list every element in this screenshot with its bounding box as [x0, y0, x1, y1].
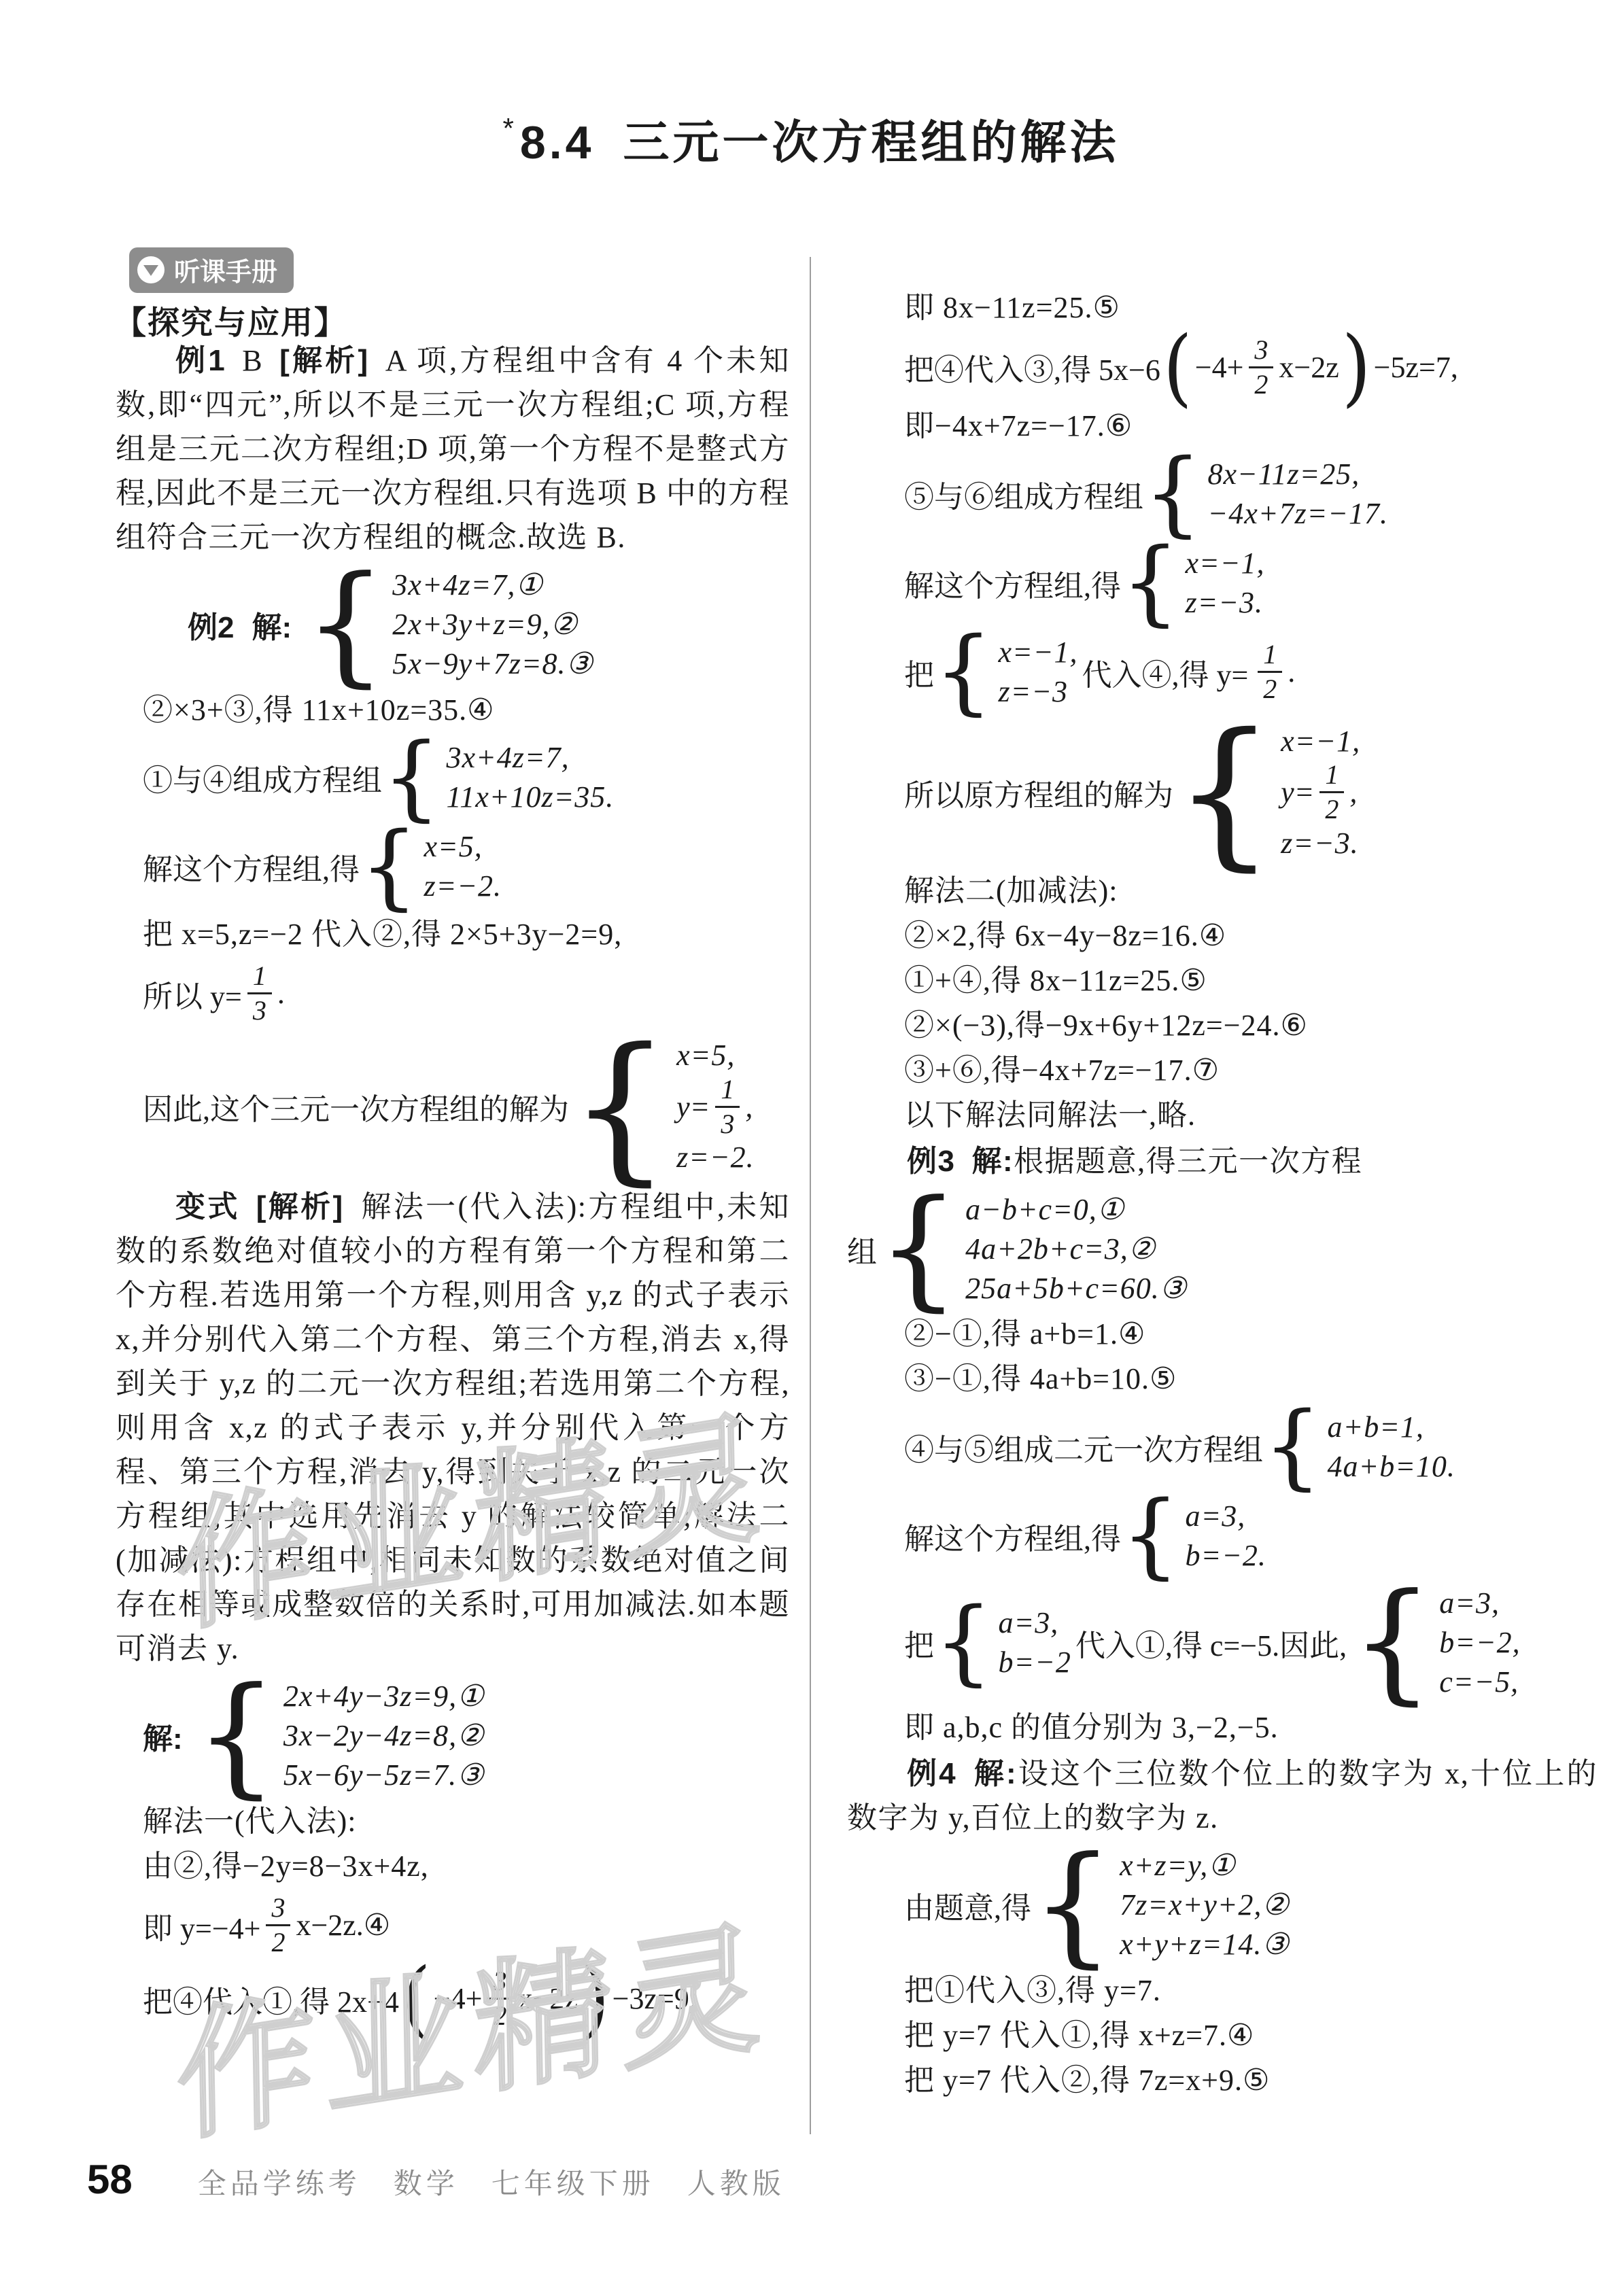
equation: a+b=1, — [1328, 1408, 1455, 1447]
equation: 5x−9y+7z=8.③ — [392, 644, 593, 684]
equation: x+y+z=14.③ — [1120, 1925, 1290, 1964]
example2-label: 例2 — [188, 603, 234, 646]
example1-paragraph: 例1B[解析]A 项,方程组中含有 4 个未知数,即“四元”,所以不是三元一次方… — [116, 338, 790, 559]
brace: { — [1121, 540, 1180, 625]
equation: 3x+4z=7, — [447, 738, 615, 778]
page-number: 58 — [87, 2156, 133, 2203]
system-pre: 因此,这个三元一次方程组的解为 — [143, 1085, 569, 1128]
fraction: 13 — [247, 961, 272, 1026]
step-line: ③+⑥,得−4x+7z=−17.⑦ — [904, 1049, 1598, 1092]
listening-handbook-badge: 听课手册 — [129, 247, 294, 293]
step-line: 以下解法同解法一,略. — [904, 1094, 1598, 1136]
step-line: 把①代入③,得 y=7. — [904, 1970, 1598, 2012]
page-title-wrap: *8.4三元一次方程组的解法 — [0, 106, 1622, 172]
fraction: 32 — [487, 1966, 512, 2031]
analysis-tag: [解析] — [256, 1190, 344, 1223]
system-pre: 由题意,得 — [904, 1883, 1031, 1927]
line-text: . — [1288, 655, 1295, 689]
solve-label: 解: — [143, 1714, 183, 1758]
example4-body: 设这个三位数个位上的数字为 x,十位上的数字为 y,百位上的数字为 z. — [847, 1757, 1598, 1834]
system-pre: 解这个方程组,得 — [143, 845, 360, 888]
substitution-line: 把④代入③,得 5x−6 ( −4+ 32 x−2z ) −5z=7, — [904, 332, 1598, 402]
line-text: 即 y=−4+ — [143, 1904, 260, 1947]
example3-equation-system: 组 { a−b+c=0,① 4a+2b+c=3,② 25a+5b+c=60.③ — [847, 1189, 1598, 1309]
system-pre: ④与⑤组成二元一次方程组 — [904, 1425, 1263, 1469]
equation: z=−3 — [999, 672, 1078, 712]
variation-body: 解法一(代入法):方程组中,未知数的系数绝对值较小的方程有第一个方程和第二个方程… — [116, 1190, 790, 1665]
brace: { — [382, 735, 441, 820]
brace: { — [1031, 1845, 1114, 1966]
equation: 2x+4y−3z=9,① — [283, 1677, 485, 1716]
substitution-line: 把④代入①,得 2x+4 ( −4+ 32 x−2z ) −3z=9, — [143, 1964, 790, 2034]
asterisk-mark: * — [503, 112, 517, 144]
system-pre: ①与④组成方程组 — [143, 756, 382, 799]
equation: 11x+10z=35. — [447, 778, 615, 817]
brace: { — [1173, 718, 1275, 866]
brace: { — [1351, 1582, 1434, 1703]
equation: 5x−6y−5z=7.③ — [283, 1756, 485, 1795]
equation: 4a+b=10. — [1328, 1447, 1455, 1486]
line-text: −3z=9, — [612, 1981, 697, 2016]
line-text: x−2z — [517, 1981, 577, 2016]
system-pre: 解这个方程组,得 — [904, 561, 1121, 605]
example4-label: 例4 — [907, 1757, 956, 1790]
system-pre: 解这个方程组,得 — [904, 1514, 1121, 1558]
equation: 3x−2y−4z=8,② — [283, 1716, 485, 1756]
step-line: ①+④,得 8x−11z=25.⑤ — [904, 960, 1598, 1002]
equation: z=−3. — [1186, 583, 1265, 623]
system-pre: 把 — [904, 650, 934, 694]
equation: z=−2. — [676, 1138, 755, 1177]
equation: a=3, — [1186, 1497, 1266, 1536]
equation: x=−1, — [999, 633, 1078, 672]
example1-answer: B — [242, 344, 263, 377]
badge-label: 听课手册 — [174, 251, 277, 288]
step-line: 把 x=5,z=−2 代入②,得 2×5+3y−2=9, — [143, 914, 790, 956]
step-line: ②×(−3),得−9x+6y+12z=−24.⑥ — [904, 1005, 1598, 1047]
system-pre: 组 — [847, 1228, 877, 1271]
equation: z=−2. — [424, 867, 502, 906]
step-line: 把 y=7 代入②,得 7z=x+9.⑤ — [904, 2059, 1598, 2102]
brace: { — [934, 1600, 993, 1685]
equation-system: ④与⑤组成二元一次方程组 { a+b=1, 4a+b=10. — [904, 1404, 1598, 1489]
line-text: −4+ — [1195, 350, 1244, 385]
step-line: ②×2,得 6x−4y−8z=16.④ — [904, 915, 1598, 957]
equation: x=5, — [676, 1036, 755, 1075]
equation: 8x−11z=25, — [1208, 455, 1388, 494]
brace: { — [1263, 1404, 1322, 1489]
equation: b=−2, — [1439, 1623, 1520, 1663]
line-text: . — [277, 976, 285, 1011]
equation: b=−2. — [1186, 1536, 1266, 1576]
variation-paragraph: 变式[解析]解法一(代入法):方程组中,未知数的系数绝对值较小的方程有第一个方程… — [116, 1185, 790, 1671]
example2-equation-system: 例2解: { 3x+4z=7,① 2x+3y+z=9,② 5x−9y+7z=8.… — [188, 565, 790, 685]
example3-intro: 根据题意,得三元一次方程 — [1014, 1145, 1362, 1178]
line-text: x−2z.④ — [296, 1908, 390, 1943]
step-line: 解法一(代入法): — [143, 1801, 790, 1843]
equation: a=3, — [999, 1603, 1071, 1643]
equation: c=−5, — [1439, 1663, 1520, 1702]
solution-system: 所以原方程组的解为 { x=−1, y=12, z=−3. — [904, 718, 1598, 866]
equation: 4a+2b+c=3,② — [965, 1230, 1187, 1269]
solve-label: 解: — [252, 603, 292, 646]
line-text: −5z=7, — [1374, 350, 1458, 385]
brace: { — [360, 824, 419, 909]
textbook-page: *8.4三元一次方程组的解法 听课手册 【探究与应用】 例1B[解析]A 项,方… — [0, 0, 1622, 2296]
column-divider-line — [810, 257, 811, 2134]
equation: a−b+c=0,① — [965, 1190, 1187, 1230]
equation: 2x+3y+z=9,② — [392, 605, 593, 644]
example4-equation-system: 由题意,得 { x+z=y,① 7z=x+y+2,② x+y+z=14.③ — [904, 1845, 1598, 1966]
line-text: 代入④,得 y= — [1082, 650, 1248, 694]
equation-system: 解这个方程组,得 { x=−1, z=−3. — [904, 540, 1598, 625]
brace: { — [569, 1033, 671, 1181]
section-header: 【探究与应用】 — [114, 298, 347, 343]
step-line: ②−①,得 a+b=1.④ — [904, 1313, 1598, 1355]
fraction-line: 所以 y= 13 . — [143, 958, 790, 1029]
right-column: 即 8x−11z=25.⑤ 把④代入③,得 5x−6 ( −4+ 32 x−2z… — [847, 284, 1598, 2104]
system-pre: 把 — [904, 1621, 934, 1665]
equation: x=5, — [424, 827, 502, 867]
equation: x=−1, — [1186, 544, 1265, 583]
equation-system: ⑤与⑥组成方程组 { 8x−11z=25, −4x+7z=−17. — [904, 451, 1598, 536]
line-text: 代入①,得 c=−5.因此, — [1075, 1621, 1347, 1665]
fraction-line: 即 y=−4+ 32 x−2z.④ — [143, 1890, 790, 1961]
step-line: 把 y=7 代入①,得 x+z=7.④ — [904, 2015, 1598, 2057]
step-line: ③−①,得 4a+b=10.⑤ — [904, 1358, 1598, 1400]
step-line: 由②,得−2y=8−3x+4z, — [143, 1845, 790, 1888]
solve-label: 解: — [971, 1145, 1014, 1178]
brace: { — [1143, 451, 1203, 536]
step-line: ②×3+③,得 11x+10z=35.④ — [143, 689, 790, 731]
brace: { — [1121, 1493, 1180, 1578]
fraction: 13 — [715, 1075, 740, 1139]
equation: z=−3. — [1281, 824, 1360, 863]
analysis-tag: [解析] — [279, 344, 369, 377]
equation: 7z=x+y+2,② — [1120, 1885, 1290, 1925]
solve-label: 解: — [973, 1757, 1017, 1790]
equation: 25a+5b+c=60.③ — [965, 1269, 1187, 1308]
brace: { — [877, 1189, 960, 1309]
equation-with-fraction: y=13, — [676, 1075, 755, 1138]
step-line: 即 a,b,c 的值分别为 3,−2,−5. — [904, 1707, 1598, 1749]
system-pre: 所以原方程组的解为 — [904, 771, 1173, 814]
example1-label: 例1 — [175, 344, 226, 377]
page-title: *8.4三元一次方程组的解法 — [503, 117, 1120, 169]
fraction: 12 — [1319, 760, 1344, 824]
example4-paragraph: 例4解:设这个三位数个位上的数字为 x,十位上的数字为 y,百位上的数字为 z. — [847, 1752, 1598, 1840]
equation: −4x+7z=−17. — [1208, 494, 1388, 534]
fraction: 12 — [1258, 640, 1282, 704]
left-column: 例1B[解析]A 项,方程组中含有 4 个未知数,即“四元”,所以不是三元一次方… — [116, 338, 790, 2037]
line-text: x−2z — [1279, 350, 1339, 385]
line-text: 所以 y= — [143, 972, 242, 1015]
system-pre: ⑤与⑥组成方程组 — [904, 472, 1143, 516]
brace: { — [304, 565, 387, 685]
equation: 3x+4z=7,① — [392, 566, 593, 605]
equation: x+z=y,① — [1120, 1846, 1290, 1885]
line-text: 把④代入③,得 5x−6 — [904, 345, 1160, 389]
equation-system: 解这个方程组,得 { a=3, b=−2. — [904, 1493, 1598, 1578]
variation-equation-system: 解: { 2x+4y−3z=9,① 3x−2y−4z=8,② 5x−6y−5z=… — [143, 1676, 790, 1796]
brace: { — [934, 629, 993, 714]
footer-text: 全品学练考 数学 七年级下册 人教版 — [198, 2161, 785, 2202]
chevron-down-icon — [137, 256, 165, 283]
fraction: 32 — [1249, 335, 1273, 400]
variation-label: 变式 — [175, 1190, 240, 1223]
step-line: 即 8x−11z=25.⑤ — [904, 287, 1598, 329]
conclusion-system-line: 把 { a=3, b=−2 代入①,得 c=−5.因此, { a=3, b=−2… — [904, 1582, 1598, 1703]
fraction: 32 — [266, 1893, 290, 1958]
equation-with-fraction: y=12, — [1281, 761, 1360, 824]
equation: b=−2 — [999, 1643, 1071, 1682]
solution-system: 因此,这个三元一次方程组的解为 { x=5, y=13, z=−2. — [143, 1033, 790, 1181]
page-footer: 58 全品学练考 数学 七年级下册 人教版 — [87, 2156, 785, 2203]
equation-system: ①与④组成方程组 { 3x+4z=7, 11x+10z=35. — [143, 735, 790, 820]
step-line: 即−4x+7z=−17.⑥ — [904, 405, 1598, 447]
line-text: 把④代入①,得 2x+4 — [143, 1977, 399, 2021]
brace: { — [195, 1676, 278, 1796]
equation: x=−1, — [1281, 722, 1360, 761]
equation: a=3, — [1439, 1584, 1520, 1623]
line-text: −4+ — [434, 1981, 483, 2016]
equation-system: 解这个方程组,得 { x=5, z=−2. — [143, 824, 790, 909]
